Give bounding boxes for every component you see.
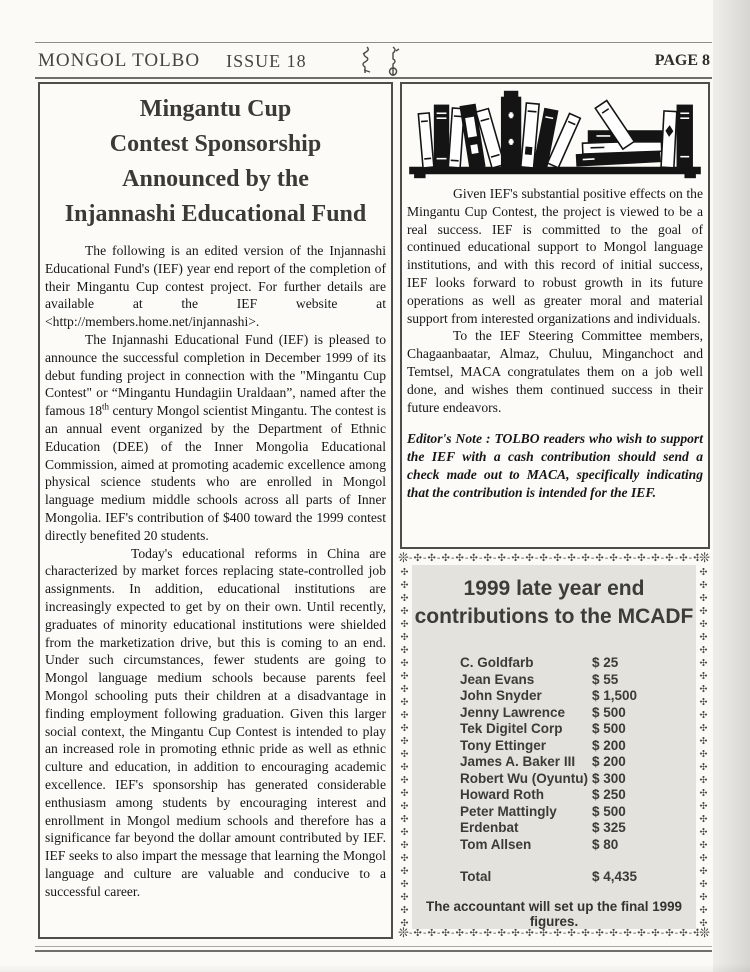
ornament-border-right: ✣✣✣✣✣✣✣✣✣✣✣✣✣✣✣✣✣✣✣✣✣✣✣✣✣✣✣✣ — [697, 566, 710, 928]
page-number: PAGE 8 — [655, 52, 710, 70]
donor-name: C. Goldfarb — [460, 655, 592, 672]
ornament-corner-icon: ❊ — [699, 928, 710, 940]
newsletter-masthead: MONGOL TOLBO — [38, 50, 200, 72]
mongolian-glyph-icon — [387, 46, 400, 78]
ornament-corner-icon: ❊ — [398, 928, 409, 940]
paragraph-text: century Mongol scientist Mingantu. The c… — [45, 403, 386, 543]
donation-amount: $ 55 — [592, 672, 618, 689]
ornament-border-left: ✣✣✣✣✣✣✣✣✣✣✣✣✣✣✣✣✣✣✣✣✣✣✣✣✣✣✣✣ — [398, 566, 411, 928]
donor-name: Peter Mattingly — [460, 804, 592, 821]
scanned-page-edge — [713, 0, 750, 972]
article-title-line: Mingantu Cup — [45, 92, 386, 127]
donor-name: Tek Digitel Corp — [460, 721, 592, 738]
article-title-line: Contest Sponsorship — [45, 127, 386, 162]
contribution-row: Robert Wu (Oyuntu)$ 300 — [460, 771, 696, 788]
left-article-box: Mingantu Cup Contest Sponsorship Announc… — [38, 82, 393, 939]
donor-name: Erdenbat — [460, 820, 592, 837]
ornament-corner-icon: ❊ — [699, 553, 710, 565]
donation-amount: $ 80 — [592, 837, 618, 854]
article-paragraph: Given IEF's substantial positive effects… — [407, 185, 703, 327]
contribution-row: Jean Evans$ 55 — [460, 672, 696, 689]
ornament-border-bottom: ❊ -✣-✣-✣-✣-✣-✣-✣-✣-✣-✣-✣-✣-✣-✣-✣-✣-✣-✣-✣… — [398, 927, 710, 941]
donor-name: Jean Evans — [460, 672, 592, 689]
article-title: Mingantu Cup Contest Sponsorship Announc… — [45, 92, 386, 232]
donor-name: John Snyder — [460, 688, 592, 705]
contributions-frame: ❊ -✣-✣-✣-✣-✣-✣-✣-✣-✣-✣-✣-✣-✣-✣-✣-✣-✣-✣-✣… — [398, 553, 710, 941]
donation-amount: $ 500 — [592, 804, 626, 821]
contribution-row: Howard Roth$ 250 — [460, 787, 696, 804]
donation-amount: $ 200 — [592, 738, 626, 755]
contribution-row: Erdenbat$ 325 — [460, 820, 696, 837]
donation-amount: $ 500 — [592, 705, 626, 722]
mongolian-glyph-icon — [360, 46, 373, 78]
donor-name: Howard Roth — [460, 787, 592, 804]
scanned-page-shadow — [0, 964, 750, 972]
contribution-row: C. Goldfarb$ 25 — [460, 655, 696, 672]
donor-name: Tom Allsen — [460, 837, 592, 854]
donor-name: Robert Wu (Oyuntu) — [460, 771, 592, 788]
header-top-rule — [35, 42, 712, 43]
mongolian-script-icon — [360, 46, 400, 78]
article-paragraph: The following is an edited version of th… — [45, 242, 386, 331]
contributions-footer-note: The accountant will set up the final 199… — [412, 899, 696, 929]
contribution-row: Jenny Lawrence$ 500 — [460, 705, 696, 722]
ornament-row-icon: -✣-✣-✣-✣-✣-✣-✣-✣-✣-✣-✣-✣-✣-✣-✣-✣-✣-✣-✣-✣… — [409, 928, 699, 940]
contribution-row: John Snyder$ 1,500 — [460, 688, 696, 705]
contribution-row: Tek Digitel Corp$ 500 — [460, 721, 696, 738]
donor-name: Jenny Lawrence — [460, 705, 592, 722]
article-paragraph: Today's educational reforms in China are… — [45, 545, 386, 901]
ornament-row-icon: -✣-✣-✣-✣-✣-✣-✣-✣-✣-✣-✣-✣-✣-✣-✣-✣-✣-✣-✣-✣… — [409, 553, 699, 565]
bookshelf-illustration — [407, 87, 703, 179]
right-article-box: Given IEF's substantial positive effects… — [400, 82, 710, 549]
contributions-title-line: contributions to the MCADF — [412, 603, 696, 631]
ornament-corner-icon: ❊ — [398, 553, 409, 565]
donor-name: Tony Ettinger — [460, 738, 592, 755]
donation-amount: $ 325 — [592, 820, 626, 837]
page-header: MONGOL TOLBO ISSUE 18 PAGE 8 — [38, 46, 710, 76]
donation-amount: $ 250 — [592, 787, 626, 804]
donation-amount: $ 25 — [592, 655, 618, 672]
contribution-row: Tony Ettinger$ 200 — [460, 738, 696, 755]
contributions-box: 1999 late year end contributions to the … — [412, 565, 696, 929]
contribution-row: James A. Baker III$ 200 — [460, 754, 696, 771]
contributions-title: 1999 late year end contributions to the … — [412, 575, 696, 631]
contribution-row: Tom Allsen$ 80 — [460, 837, 696, 854]
donation-amount: $ 500 — [592, 721, 626, 738]
total-amount: $ 4,435 — [592, 869, 637, 886]
footer-rule-thick — [35, 950, 712, 952]
article-title-line: Announced by the — [45, 162, 386, 197]
donation-amount: $ 300 — [592, 771, 626, 788]
editors-note: Editor's Note : TOLBO readers who wish t… — [407, 430, 703, 501]
total-label: Total — [460, 869, 592, 886]
contribution-row: Peter Mattingly$ 500 — [460, 804, 696, 821]
donor-name: James A. Baker III — [460, 754, 592, 771]
header-bottom-rule — [35, 77, 712, 79]
contributions-title-line: 1999 late year end — [412, 575, 696, 603]
ordinal-superscript: th — [102, 402, 109, 412]
article-paragraph: To the IEF Steering Committee members, C… — [407, 327, 703, 416]
article-paragraph: The Injannashi Educational Fund (IEF) is… — [45, 331, 386, 545]
footer-rule-thin — [35, 946, 712, 947]
donation-amount: $ 200 — [592, 754, 626, 771]
contributions-total-row: Total$ 4,435 — [460, 869, 696, 886]
donation-amount: $ 1,500 — [592, 688, 637, 705]
contributions-list: C. Goldfarb$ 25 Jean Evans$ 55 John Snyd… — [412, 655, 696, 886]
issue-number: ISSUE 18 — [226, 51, 307, 72]
article-title-line: Injannashi Educational Fund — [45, 197, 386, 232]
ornament-border-top: ❊ -✣-✣-✣-✣-✣-✣-✣-✣-✣-✣-✣-✣-✣-✣-✣-✣-✣-✣-✣… — [398, 552, 710, 566]
